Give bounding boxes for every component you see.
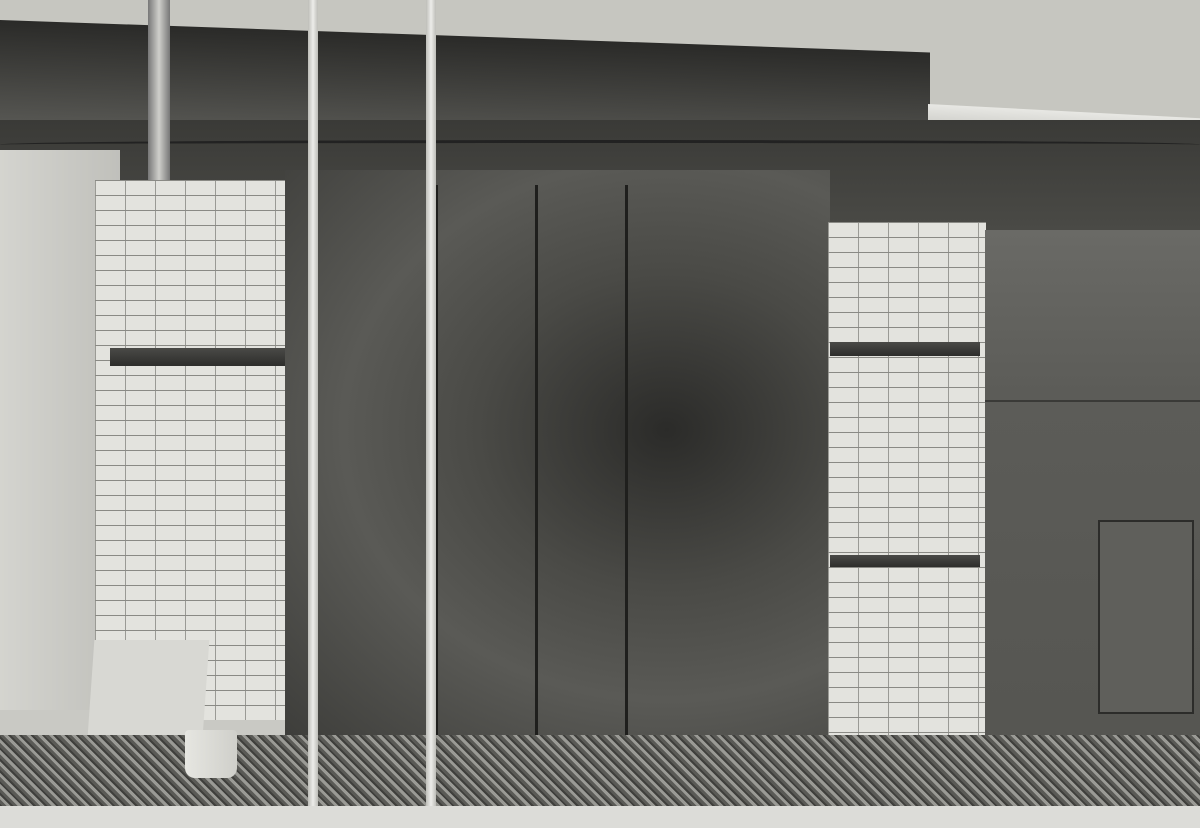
white-bucket: [185, 730, 237, 778]
door-seam: [535, 185, 538, 745]
paper-fold-crease: [308, 0, 318, 812]
garage-photo: [0, 0, 1200, 828]
print-margin: [0, 806, 1200, 828]
grass-ground: [0, 735, 1200, 815]
right-brick-pillar: [828, 222, 986, 752]
paper-fold-crease: [426, 0, 436, 812]
right-pillar-pipe-lower: [830, 555, 980, 567]
left-pillar-pipe: [110, 348, 300, 366]
door-seam: [625, 185, 628, 745]
small-access-door: [1098, 520, 1194, 714]
electrical-cable: [0, 140, 1200, 149]
main-garage-door: [285, 170, 830, 748]
right-pillar-pipe: [830, 342, 980, 356]
left-brick-pillar: [95, 180, 305, 720]
side-wall-seam: [985, 400, 1200, 402]
downpipe: [148, 0, 170, 200]
